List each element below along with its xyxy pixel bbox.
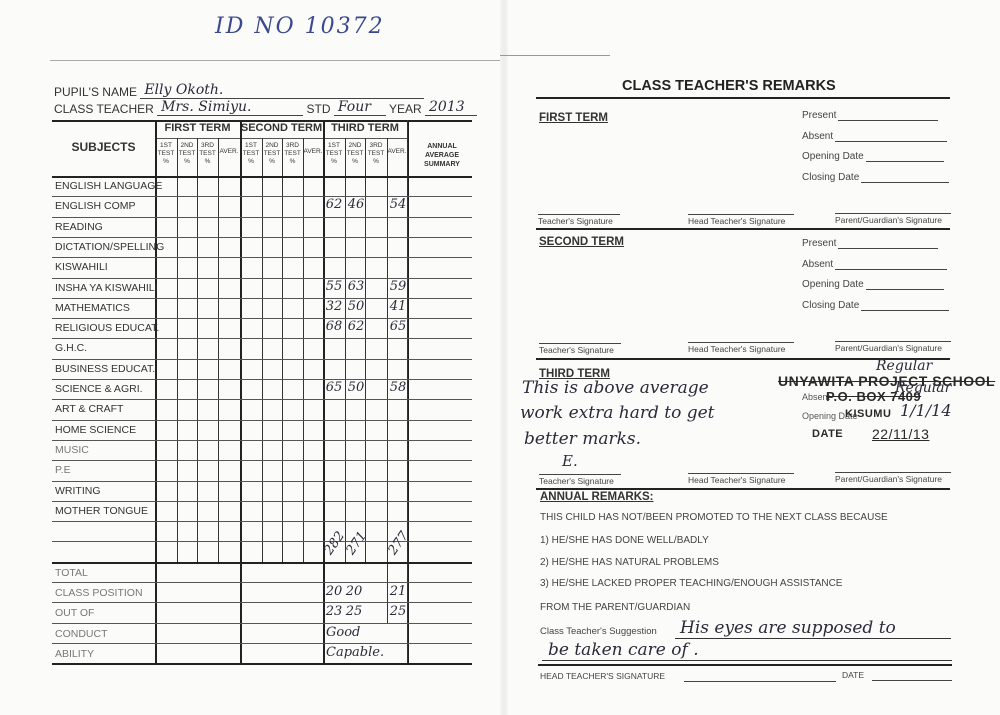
year-label: YEAR: [389, 102, 422, 116]
field-closing-date: Closing Date: [802, 172, 949, 183]
subject-name: P.E: [55, 464, 71, 476]
third-term-aver-mark: 59: [387, 279, 409, 294]
field-label: Opening Date: [802, 279, 864, 290]
subject-name: MOTHER TONGUE: [55, 505, 148, 517]
column-header: 1ST TEST %: [240, 142, 262, 166]
date-label: DATE: [842, 670, 864, 680]
year-value: 2013: [425, 99, 477, 116]
third-term-t2-summary: 25: [343, 604, 365, 619]
divider: [52, 318, 472, 319]
divider: [52, 521, 472, 522]
divider: [52, 420, 472, 421]
third-term-t2-mark: 50: [345, 380, 367, 395]
field-input-line[interactable]: [838, 111, 938, 121]
divider: [52, 338, 472, 339]
column-header: AVER.: [387, 148, 407, 156]
subject-name: DICTATION/SPELLING: [55, 241, 164, 253]
teacher-initial: E.: [562, 452, 578, 470]
first-term-label: FIRST TERM: [539, 112, 608, 124]
field-label: Closing Date: [802, 172, 859, 183]
pupil-name-value: Elly Okoth.: [140, 82, 424, 99]
divider: [675, 638, 951, 639]
column-header: AVER.: [303, 148, 323, 156]
teacher-signature-label: Teacher's Signature: [539, 343, 621, 355]
subject-name: RELIGIOUS EDUCAT.: [55, 322, 159, 334]
third-term-remark-line2: work extra hard to get: [520, 403, 715, 423]
column-header: 3RD TEST %: [197, 142, 218, 166]
subject-name: MATHEMATICS: [55, 302, 130, 314]
subject-name: BUSINESS EDUCAT.: [55, 363, 155, 375]
divider: [52, 582, 472, 583]
third-term-ability-value: Capable.: [326, 645, 384, 660]
field-label: Present: [802, 110, 836, 121]
subject-name: ENGLISH COMP: [55, 200, 136, 212]
third-term-t2-mark: 46: [345, 197, 367, 212]
third-term-t1-summary: 20: [323, 584, 345, 599]
field-label: Present: [802, 238, 836, 249]
field-opening-date: Opening Date: [802, 279, 944, 290]
subjects-header: SUBJECTS: [52, 140, 155, 154]
field-input-line[interactable]: [835, 132, 947, 142]
third-term-conduct-value: Good: [326, 625, 360, 640]
third-term-aver-mark: 65: [387, 319, 409, 334]
present-value: Regular: [876, 358, 932, 374]
divider: [52, 663, 472, 665]
grid-line: [282, 138, 283, 562]
field-present: Present: [802, 110, 938, 121]
third-term-aver-summary: 25: [387, 604, 409, 619]
summary-row-label: ABILITY: [55, 648, 94, 660]
field-input-line[interactable]: [866, 152, 944, 162]
summary-row-label: CLASS POSITION: [55, 587, 143, 599]
divider: [52, 217, 472, 218]
annual-line: 1) HE/SHE HAS DONE WELL/BADLY: [540, 535, 709, 546]
divider: [52, 298, 472, 299]
field-opening-date: Opening Date: [802, 151, 944, 162]
column-header: 1ST TEST %: [155, 142, 177, 166]
second-term-label: SECOND TERM: [539, 236, 624, 248]
remarks-title: CLASS TEACHER'S REMARKS: [622, 78, 836, 94]
third-term-aver-mark: 54: [387, 197, 409, 212]
field-closing-date: Closing Date: [802, 300, 949, 311]
divider: [52, 643, 472, 644]
field-label: Absent: [802, 131, 833, 142]
third-term-t2-summary: 20: [343, 584, 365, 599]
class-teacher-row: CLASS TEACHER Mrs. Simiyu. STD Four YEAR…: [54, 99, 477, 116]
grades-table: SUBJECTS ANNUAL AVERAGE SUMMARY FIRST TE…: [52, 120, 472, 692]
subject-name: KISWAHILI: [55, 261, 108, 273]
annual-line: FROM THE PARENT/GUARDIAN: [540, 602, 690, 613]
annual-remarks-title: ANNUAL REMARKS:: [540, 491, 654, 503]
pupil-name-row: PUPIL'S NAME Elly Okoth.: [54, 82, 424, 99]
third-term-t1-mark: 282: [322, 532, 347, 559]
third-term-t1-mark: 68: [323, 319, 345, 334]
third-term-aver-summary: 21: [387, 584, 409, 599]
annual-line: 3) HE/SHE LACKED PROPER TEACHING/ENOUGH …: [540, 578, 842, 589]
third-term-remark-line3: better marks.: [524, 429, 641, 449]
column-header: 2ND TEST %: [345, 142, 365, 166]
field-input-line[interactable]: [835, 260, 947, 270]
annual-line: THIS CHILD HAS NOT/BEEN PROMOTED TO THE …: [540, 512, 888, 523]
subject-name: HOME SCIENCE: [55, 424, 136, 436]
column-header: 2ND TEST %: [262, 142, 282, 166]
third-term-t1-mark: 55: [323, 279, 345, 294]
head-teacher-signature-label: Head Teacher's Signature: [688, 214, 794, 226]
divider: [52, 399, 472, 400]
teacher-signature-label: Teacher's Signature: [539, 474, 621, 486]
suggestion-value-line2: be taken care of .: [548, 640, 699, 660]
parent-signature-label: Parent/Guardian's Signature: [835, 341, 951, 353]
third-term-remark-line1: This is above average: [522, 378, 709, 398]
second-term-header: SECOND TERM: [240, 122, 323, 138]
field-absent: Absent: [802, 259, 947, 270]
field-input-line[interactable]: [866, 280, 944, 290]
column-header: 1ST TEST %: [323, 142, 345, 166]
grid-line: [262, 138, 263, 562]
divider: [52, 278, 472, 279]
summary-row-label: OUT OF: [55, 607, 94, 619]
field-input-line[interactable]: [838, 239, 938, 249]
column-header: 3RD TEST %: [282, 142, 303, 166]
divider: [536, 488, 950, 490]
divider: [52, 176, 472, 178]
divider: [52, 196, 472, 197]
divider: [155, 138, 407, 139]
class-teacher-value: Mrs. Simiyu.: [157, 99, 303, 116]
stamp-date-value: 22/11/13: [872, 426, 929, 442]
std-label: STD: [307, 102, 331, 116]
field-absent: Absent: [802, 131, 947, 142]
column-header: 2ND TEST %: [177, 142, 197, 166]
grid-line: [218, 138, 219, 562]
school-stamp-town: KISUMU: [845, 408, 891, 420]
subject-name: INSHA YA KISWAHILI: [55, 282, 158, 294]
divider: [52, 623, 472, 624]
field-present: Present: [802, 238, 938, 249]
grid-line: [197, 138, 198, 562]
divider: [52, 562, 472, 564]
subject-name: SCIENCE & AGRI.: [55, 383, 143, 395]
subject-name: ENGLISH LANGUAGE: [55, 180, 162, 192]
school-stamp-name: UNYAWITA PROJECT SCHOOL: [778, 373, 995, 389]
head-teacher-signature-label: Head Teacher's Signature: [688, 473, 794, 485]
third-term-t1-mark: 32: [323, 299, 345, 314]
summary-row-label: CONDUCT: [55, 628, 108, 640]
divider: [52, 501, 472, 502]
divider: [538, 664, 952, 666]
third-term-header: THIRD TERM: [323, 122, 407, 138]
third-term-t1-mark: 62: [323, 197, 345, 212]
teacher-signature-label: Teacher's Signature: [538, 214, 620, 226]
column-header: 3RD TEST %: [365, 142, 387, 166]
third-term-aver-mark: 58: [387, 380, 409, 395]
first-term-header: FIRST TERM: [155, 122, 240, 138]
annual-line: 2) HE/SHE HAS NATURAL PROBLEMS: [540, 557, 719, 568]
absent-value: Regular: [895, 380, 951, 396]
field-label: Closing Date: [802, 300, 859, 311]
field-input-line[interactable]: [861, 173, 949, 183]
subject-name: MUSIC: [55, 444, 89, 456]
divider: [52, 481, 472, 482]
stamp-date-label: DATE: [812, 428, 843, 440]
third-term-t3-mark: [370, 528, 383, 546]
divider: [500, 55, 610, 56]
divider: [52, 237, 472, 238]
third-term-aver-mark: 41: [387, 299, 409, 314]
divider: [52, 602, 472, 603]
divider: [50, 60, 500, 61]
field-input-line[interactable]: [861, 301, 949, 311]
suggestion-value-line1: His eyes are supposed to: [680, 618, 896, 638]
pupil-name-label: PUPIL'S NAME: [54, 85, 137, 99]
subject-name: ART & CRAFT: [55, 403, 123, 415]
divider: [542, 660, 952, 661]
head-teacher-signature-label: HEAD TEACHER'S SIGNATURE: [540, 671, 665, 681]
divider: [536, 97, 950, 99]
annual-average-header: ANNUAL AVERAGE SUMMARY: [412, 142, 472, 169]
divider: [52, 379, 472, 380]
column-header: AVER.: [218, 148, 240, 156]
third-term-t2-mark: 63: [345, 279, 367, 294]
head-signature-line: [684, 681, 836, 682]
date-line: [872, 680, 952, 681]
subject-name: READING: [55, 221, 103, 233]
third-term-t2-mark: 50: [345, 299, 367, 314]
divider: [52, 440, 472, 441]
id-number: ID NO 10372: [215, 14, 385, 39]
grid-line: [177, 138, 178, 562]
parent-signature-label: Parent/Guardian's Signature: [835, 213, 951, 225]
subject-name: G.H.C.: [55, 342, 87, 354]
head-teacher-signature-label: Head Teacher's Signature: [688, 342, 794, 354]
third-term-t2-mark: 62: [345, 319, 367, 334]
suggestion-label: Class Teacher's Suggestion: [540, 626, 657, 637]
subject-name: WRITING: [55, 485, 101, 497]
class-teacher-label: CLASS TEACHER: [54, 102, 154, 116]
parent-signature-label: Parent/Guardian's Signature: [835, 472, 951, 484]
grid-line: [303, 138, 304, 562]
third-term-t1-mark: 65: [323, 380, 345, 395]
third-term-t1-summary: 23: [323, 604, 345, 619]
divider: [52, 460, 472, 461]
divider: [52, 257, 472, 258]
divider: [536, 228, 950, 230]
divider: [52, 359, 472, 360]
page-fold: [500, 0, 508, 715]
field-label: Absent: [802, 259, 833, 270]
std-value: Four: [334, 99, 386, 116]
summary-row-label: TOTAL: [55, 567, 88, 579]
opening-date-value: 1/1/14: [900, 401, 952, 420]
field-label: Opening Date: [802, 151, 864, 162]
